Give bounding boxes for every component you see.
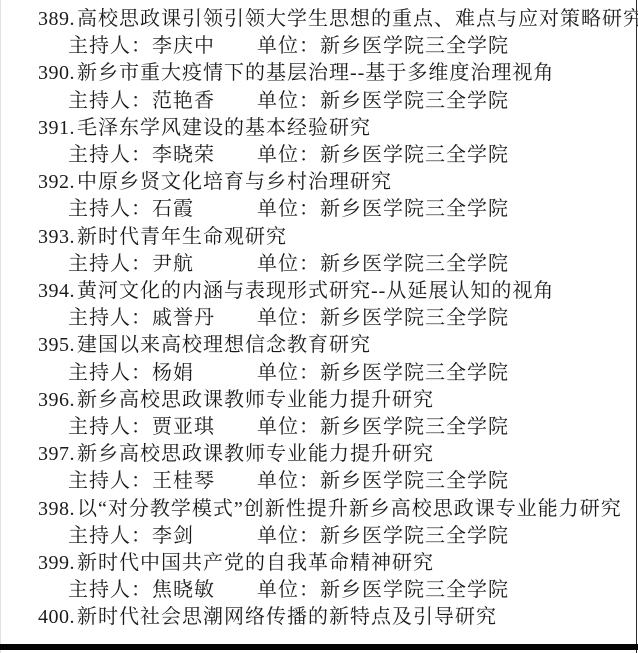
host-label: 主持人： [68,362,152,384]
unit-group: 单位：新乡医学院三全学院 [257,577,509,604]
unit-label: 单位： [257,416,320,438]
entry-title: 黄河文化的内涵与表现形式研究--从延展认知的视角 [77,280,554,302]
host-name: 李晓荣 [152,144,215,166]
host-name: 尹航 [152,253,194,275]
entry-host-line: 主持人：贾亚琪 单位：新乡医学院三全学院 [68,414,638,441]
entry-number: 390. [38,62,77,84]
host-name: 石霞 [152,198,194,220]
unit-name: 新乡医学院三全学院 [320,416,509,438]
unit-label: 单位： [257,579,320,601]
bottom-border-bar [0,644,638,650]
host-label: 主持人： [68,35,152,57]
unit-group: 单位：新乡医学院三全学院 [257,88,509,115]
entry-number: 389. [38,8,77,30]
host-label: 主持人： [68,416,152,438]
host-name: 焦晓敏 [152,579,215,601]
entry-row: 395.建国以来高校理想信念教育研究 主持人：杨娟 单位：新乡医学院三全学院 [38,332,638,386]
entry-title-line: 389.高校思政课引领引领大学生思想的重点、难点与应对策略研究 [38,6,638,33]
entry-title-line: 396.新乡高校思政课教师专业能力提升研究 [38,387,638,414]
entry-title: 新乡市重大疫情下的基层治理--基于多维度治理视角 [77,62,554,84]
entry-host-line: 主持人：范艳香 单位：新乡医学院三全学院 [68,88,638,115]
left-border-line [0,0,1,653]
unit-group: 单位：新乡医学院三全学院 [257,414,509,441]
host-label: 主持人： [68,525,152,547]
entry-title: 高校思政课引领引领大学生思想的重点、难点与应对策略研究 [77,8,638,30]
entry-title-line: 391.毛泽东学风建设的基本经验研究 [38,115,638,142]
unit-name: 新乡医学院三全学院 [320,579,509,601]
entry-row: 389.高校思政课引领引领大学生思想的重点、难点与应对策略研究 主持人：李庆中 … [38,6,638,60]
host-group: 主持人：石霞 [68,198,194,220]
host-group: 主持人：焦晓敏 [68,579,215,601]
unit-group: 单位：新乡医学院三全学院 [257,33,509,60]
entry-row: 393.新时代青年生命观研究 主持人：尹航 单位：新乡医学院三全学院 [38,224,638,278]
host-name: 戚誉丹 [152,307,215,329]
unit-name: 新乡医学院三全学院 [320,470,509,492]
entry-host-line: 主持人：李晓荣 单位：新乡医学院三全学院 [68,142,638,169]
entry-title: 建国以来高校理想信念教育研究 [77,334,371,356]
unit-label: 单位： [257,470,320,492]
entry-title: 中原乡贤文化培育与乡村治理研究 [77,171,392,193]
unit-name: 新乡医学院三全学院 [320,198,509,220]
entry-number: 393. [38,226,77,248]
entry-host-line: 主持人：尹航 单位：新乡医学院三全学院 [68,251,638,278]
host-group: 主持人：戚誉丹 [68,307,215,329]
host-name: 李庆中 [152,35,215,57]
entry-host-line: 主持人：石霞 单位：新乡医学院三全学院 [68,196,638,223]
entry-host-line: 主持人：李剑 单位：新乡医学院三全学院 [68,523,638,550]
entry-number: 394. [38,280,77,302]
unit-name: 新乡医学院三全学院 [320,253,509,275]
entry-title-line: 400.新时代社会思潮网络传播的新特点及引导研究 [38,604,638,631]
unit-label: 单位： [257,307,320,329]
entry-title: 新时代青年生命观研究 [77,226,287,248]
host-label: 主持人： [68,470,152,492]
entry-number: 392. [38,171,77,193]
entry-title: 新时代社会思潮网络传播的新特点及引导研究 [77,606,497,628]
host-name: 贾亚琪 [152,416,215,438]
unit-label: 单位： [257,362,320,384]
entry-host-line: 主持人：杨娟 单位：新乡医学院三全学院 [68,360,638,387]
host-label: 主持人： [68,579,152,601]
entry-title-line: 390.新乡市重大疫情下的基层治理--基于多维度治理视角 [38,60,638,87]
entry-title: 新时代中国共产党的自我革命精神研究 [77,552,434,574]
entry-row: 391.毛泽东学风建设的基本经验研究 主持人：李晓荣 单位：新乡医学院三全学院 [38,115,638,169]
unit-name: 新乡医学院三全学院 [320,362,509,384]
host-label: 主持人： [68,90,152,112]
entry-title-line: 399.新时代中国共产党的自我革命精神研究 [38,550,638,577]
entry-row: 390.新乡市重大疫情下的基层治理--基于多维度治理视角 主持人：范艳香 单位：… [38,60,638,114]
host-group: 主持人：王桂琴 [68,470,215,492]
host-group: 主持人：李庆中 [68,35,215,57]
entry-number: 397. [38,443,77,465]
entry-row: 392.中原乡贤文化培育与乡村治理研究 主持人：石霞 单位：新乡医学院三全学院 [38,169,638,223]
host-group: 主持人：李晓荣 [68,144,215,166]
entry-number: 398. [38,498,77,520]
entry-title-line: 392.中原乡贤文化培育与乡村治理研究 [38,169,638,196]
entry-title: 新乡高校思政课教师专业能力提升研究 [77,443,434,465]
host-group: 主持人：贾亚琪 [68,416,215,438]
entry-host-line: 主持人：戚誉丹 单位：新乡医学院三全学院 [68,305,638,332]
document-page: 389.高校思政课引领引领大学生思想的重点、难点与应对策略研究 主持人：李庆中 … [0,0,638,653]
unit-group: 单位：新乡医学院三全学院 [257,196,509,223]
entry-title-line: 395.建国以来高校理想信念教育研究 [38,332,638,359]
unit-label: 单位： [257,525,320,547]
entry-row: 396.新乡高校思政课教师专业能力提升研究 主持人：贾亚琪 单位：新乡医学院三全… [38,387,638,441]
entry-row: 400.新时代社会思潮网络传播的新特点及引导研究 [38,604,638,631]
host-label: 主持人： [68,253,152,275]
entry-number: 395. [38,334,77,356]
unit-name: 新乡医学院三全学院 [320,90,509,112]
host-group: 主持人：杨娟 [68,362,194,384]
unit-name: 新乡医学院三全学院 [320,307,509,329]
entry-row: 399.新时代中国共产党的自我革命精神研究 主持人：焦晓敏 单位：新乡医学院三全… [38,550,638,604]
entry-host-line: 主持人：焦晓敏 单位：新乡医学院三全学院 [68,577,638,604]
unit-name: 新乡医学院三全学院 [320,144,509,166]
host-name: 杨娟 [152,362,194,384]
unit-label: 单位： [257,253,320,275]
entry-host-line: 主持人：王桂琴 单位：新乡医学院三全学院 [68,468,638,495]
entry-title: 新乡高校思政课教师专业能力提升研究 [77,389,434,411]
unit-group: 单位：新乡医学院三全学院 [257,468,509,495]
host-group: 主持人：范艳香 [68,90,215,112]
host-label: 主持人： [68,198,152,220]
host-label: 主持人： [68,144,152,166]
host-name: 范艳香 [152,90,215,112]
unit-label: 单位： [257,35,320,57]
entry-row: 397.新乡高校思政课教师专业能力提升研究 主持人：王桂琴 单位：新乡医学院三全… [38,441,638,495]
entry-title-line: 394.黄河文化的内涵与表现形式研究--从延展认知的视角 [38,278,638,305]
unit-group: 单位：新乡医学院三全学院 [257,142,509,169]
host-name: 李剑 [152,525,194,547]
entry-number: 400. [38,606,77,628]
unit-name: 新乡医学院三全学院 [320,35,509,57]
unit-group: 单位：新乡医学院三全学院 [257,305,509,332]
host-group: 主持人：尹航 [68,253,194,275]
entry-title-line: 393.新时代青年生命观研究 [38,224,638,251]
host-group: 主持人：李剑 [68,525,194,547]
host-label: 主持人： [68,307,152,329]
entry-title-line: 398.以“对分教学模式”创新性提升新乡高校思政课专业能力研究 [38,496,638,523]
entry-title: 以“对分教学模式”创新性提升新乡高校思政课专业能力研究 [77,498,622,520]
unit-group: 单位：新乡医学院三全学院 [257,523,509,550]
entry-row: 398.以“对分教学模式”创新性提升新乡高校思政课专业能力研究 主持人：李剑 单… [38,496,638,550]
entry-title: 毛泽东学风建设的基本经验研究 [77,117,371,139]
host-name: 王桂琴 [152,470,215,492]
entry-number: 391. [38,117,77,139]
unit-group: 单位：新乡医学院三全学院 [257,251,509,278]
entry-number: 399. [38,552,77,574]
unit-group: 单位：新乡医学院三全学院 [257,360,509,387]
unit-label: 单位： [257,90,320,112]
unit-label: 单位： [257,144,320,166]
entry-title-line: 397.新乡高校思政课教师专业能力提升研究 [38,441,638,468]
unit-label: 单位： [257,198,320,220]
entry-number: 396. [38,389,77,411]
project-list: 389.高校思政课引领引领大学生思想的重点、难点与应对策略研究 主持人：李庆中 … [0,0,638,632]
entry-row: 394.黄河文化的内涵与表现形式研究--从延展认知的视角 主持人：戚誉丹 单位：… [38,278,638,332]
unit-name: 新乡医学院三全学院 [320,525,509,547]
entry-host-line: 主持人：李庆中 单位：新乡医学院三全学院 [68,33,638,60]
